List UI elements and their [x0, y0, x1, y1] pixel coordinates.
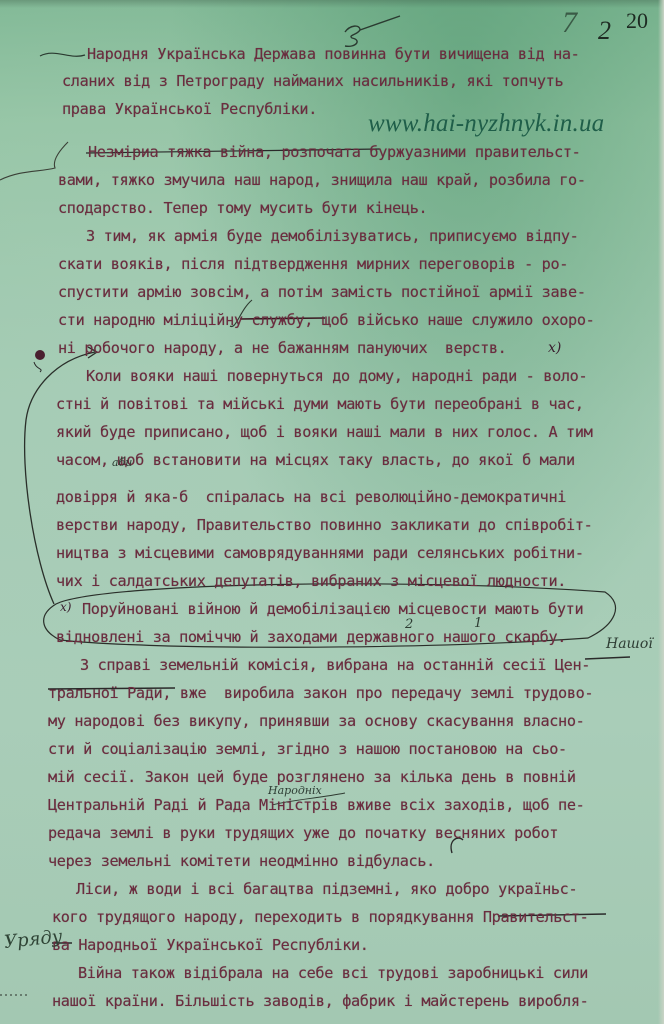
- scanned-document-page: 20 7 2 3 www.hai-nyzhnyk.in.ua Народня У…: [0, 0, 664, 1024]
- typed-line: кого трудящого народу, переходить в поря…: [52, 908, 588, 926]
- typed-line: Центральній Раді й Рада Міністрів вживе …: [48, 796, 584, 814]
- annotation-abi: аби: [112, 456, 132, 469]
- watermark-url: www.hai-nyzhnyk.in.ua: [368, 110, 604, 138]
- typed-line: спустити армію зовсім, а потім замість п…: [58, 283, 586, 301]
- page-number: 20: [626, 8, 648, 34]
- typed-line: му народові без викупу, принявши за осно…: [48, 712, 584, 730]
- folio-mark-left: 7: [562, 6, 577, 40]
- typed-line: сти й соціалізацію землі, згідно з нашою…: [48, 740, 567, 758]
- typed-line: ництва з місцевими самоврядуваннями ради…: [56, 544, 584, 562]
- typed-line: права Української Республіки.: [62, 100, 317, 118]
- typed-line: З тим, як армія буде демобілізуватись, п…: [86, 227, 578, 245]
- typed-line: сланих від з Петрограду найманих насильн…: [62, 72, 563, 90]
- typed-line: Коли вояки наші повернуться до дому, нар…: [86, 367, 587, 385]
- annotation-narodnikh: Народніх: [268, 784, 322, 797]
- typed-line: тральної Ради, вже виробила закон про пе…: [48, 684, 593, 702]
- typed-line: довірря й яка-б спіралась на всі революц…: [56, 488, 566, 506]
- typed-line: чих і салдатських депутатів, вибраних з …: [56, 572, 566, 590]
- typed-line: через земельні комітети неодмінно відбул…: [48, 852, 435, 870]
- typed-line: Незміриа тяжка війна, розпочата буржуазн…: [88, 143, 580, 161]
- insertion-mark: x): [548, 340, 561, 356]
- typed-line: ні робочого народу, а не бажанням пануюч…: [58, 339, 506, 357]
- insertion-mark: x): [60, 600, 71, 614]
- typed-line: вами, тяжко змучила наш народ, знищила н…: [58, 171, 586, 189]
- typed-line: Поруйновані війною й демобілізацією місц…: [82, 600, 583, 618]
- annotation-nashoi: Нашої: [606, 636, 653, 652]
- typed-line: нашої країни. Більшість заводів, фабрик …: [52, 992, 588, 1010]
- typed-line: З справі земельній комісія, вибрана на о…: [80, 656, 590, 674]
- typed-line: відновлені за поміччю й заходами державн…: [56, 628, 566, 646]
- typed-line: верстви народу, Правительство повинно за…: [56, 516, 592, 534]
- annotation-order-1: 1: [474, 616, 482, 631]
- typed-line: Народня Українська Держава повинна бути …: [87, 45, 579, 63]
- typed-line: який буде приписано, щоб і вояки наші ма…: [56, 423, 592, 441]
- typed-line: ва Народньої Української Республіки.: [52, 936, 369, 954]
- typed-line: Війна також відібрала на себе всі трудов…: [78, 964, 588, 982]
- typed-line: редача землі в руки трудящих уже до поча…: [48, 824, 558, 842]
- typed-line: стні й повітові та мійські думи мають бу…: [56, 395, 584, 413]
- typed-line: часом, щоб встановити на місцях таку вла…: [56, 451, 575, 469]
- folio-mark-right: 2: [598, 16, 611, 46]
- typed-line: скати вояків, після підтвердження мирних…: [58, 255, 568, 273]
- annotation-order-2: 2: [405, 617, 413, 632]
- typed-line: сподарство. Тепер тому мусить бути кінец…: [58, 199, 427, 217]
- typed-line: сти народню міліційну службу, щоб військ…: [58, 311, 594, 329]
- page-edge: [658, 0, 664, 1024]
- typed-line: Ліси, ж води і всі багацтва підземні, як…: [76, 880, 577, 898]
